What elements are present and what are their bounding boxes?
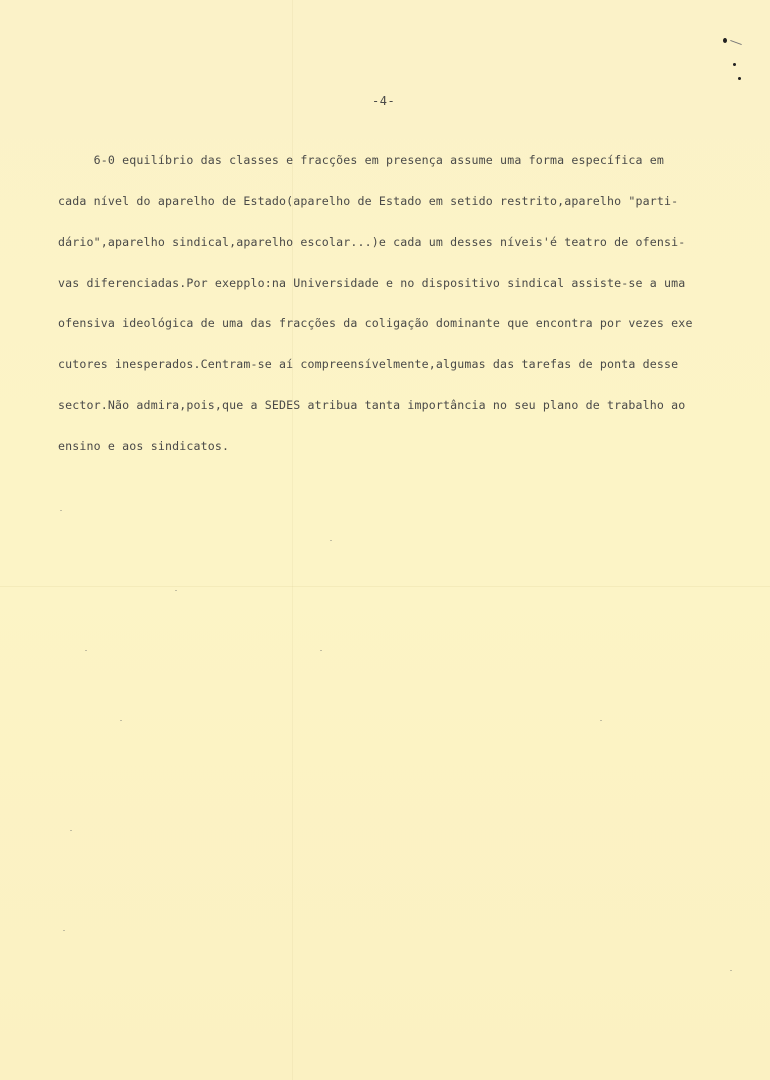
speck xyxy=(85,650,87,651)
speck xyxy=(330,540,332,541)
speck xyxy=(60,510,62,511)
speck xyxy=(120,720,122,721)
speck xyxy=(730,970,732,971)
paper-fold-horizontal xyxy=(0,586,770,587)
text-line: cada nível do aparelho de Estado(aparelh… xyxy=(58,195,748,209)
ink-spot xyxy=(733,63,736,66)
speck xyxy=(63,930,65,931)
text-line: sector.Não admira,pois,que a SEDES atrib… xyxy=(58,399,748,413)
speck xyxy=(600,720,602,721)
speck xyxy=(320,650,322,651)
ink-spot xyxy=(723,38,727,43)
speck xyxy=(175,590,177,591)
text-line: dário",aparelho sindical,aparelho escola… xyxy=(58,236,748,250)
page-number: -4- xyxy=(372,94,395,108)
text-line: 6-0 equilíbrio das classes e fracções em… xyxy=(58,154,748,168)
document-page: -4- 6-0 equilíbrio das classes e fracçõe… xyxy=(0,0,770,1080)
text-line: cutores inesperados.Centram-se aí compre… xyxy=(58,358,748,372)
speck xyxy=(70,830,72,831)
ink-spot xyxy=(738,77,741,80)
body-paragraph: 6-0 equilíbrio das classes e fracções em… xyxy=(58,127,748,480)
text-line: ensino e aos sindicatos. xyxy=(58,440,748,454)
text-line: vas diferenciadas.Por exepplo:na Univers… xyxy=(58,277,748,291)
text-line: ofensiva ideológica de uma das fracções … xyxy=(58,317,748,331)
ink-stroke xyxy=(730,40,742,45)
